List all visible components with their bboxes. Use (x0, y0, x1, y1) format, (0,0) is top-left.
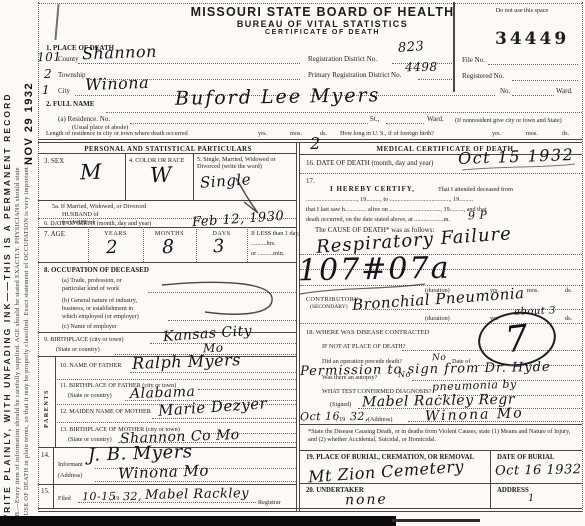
date-of-burial-value: Oct 16 1932 (495, 462, 582, 479)
cell-divider (193, 153, 194, 200)
dotted-line (130, 122, 368, 124)
undertaker-value: none (345, 492, 388, 509)
dotted-line (418, 78, 452, 80)
do-not-use-note: Do not use this space (468, 7, 576, 14)
registration-district-value: 823 (398, 39, 425, 56)
duration-label: (duration) (425, 315, 450, 322)
registrar-label: Registrar (258, 499, 281, 506)
dotted-line (488, 63, 578, 65)
column-divider (299, 142, 300, 511)
certify-line3: that I last saw h.............. alive on… (306, 206, 486, 213)
race-value: W (150, 163, 173, 188)
ds-label: ds. (562, 130, 569, 137)
date-of-death-label: 16. DATE OF DEATH (month, day and year) (306, 159, 433, 167)
margin-note-line1: N. B.—Every item of information should b… (14, 167, 21, 525)
informant-label: Informant (58, 461, 83, 468)
margin-number-2: 2 (44, 67, 52, 81)
form-right-border (582, 2, 584, 512)
date-of-birth-label: 6. DATE OF BIRTH (month, day and year) (44, 220, 151, 227)
margin-number-3: 1 (42, 83, 50, 97)
file-no-label: File No. (462, 56, 485, 64)
city-label: City (58, 87, 70, 95)
dotted-line (95, 480, 296, 482)
column-divider (296, 142, 297, 511)
pen-mark-artifact (54, 4, 59, 40)
ds-label: ds. (320, 130, 327, 137)
autopsy-value: No (398, 370, 411, 379)
marital-status-label: 5. Single, Married, Widowed or Divorced … (197, 156, 293, 170)
footnote: *State the Disease Causing Death, or in … (308, 428, 578, 443)
page-mark-handwritten: 2 (310, 134, 321, 153)
min-label: or ..........min. (251, 250, 284, 257)
full-name-value: Buford Lee Myers (175, 84, 381, 110)
nonresident-note: (If nonresident give city or town and St… (455, 117, 562, 124)
date-of-burial-label: DATE OF BURIAL (497, 454, 554, 462)
if-married-label: 5a. If Married, Widowed, or Divorced (52, 203, 146, 210)
full-name-label: 2. FULL NAME (46, 100, 94, 108)
occupation-b-label: (b) General nature of industry, (62, 297, 137, 304)
rule (38, 153, 296, 154)
mos-label: mos. (526, 130, 538, 137)
cell-divider (53, 447, 54, 508)
certificate-heading: CERTIFICATE OF DEATH (185, 29, 460, 36)
scan-artifact-bar (0, 516, 396, 526)
page-subtitle: BUREAU OF VITAL STATISTICS (185, 19, 460, 29)
date-of-death-value: Oct 15 1932 (458, 145, 575, 168)
signed-year-preprint: , 19 (336, 416, 345, 423)
dotted-rule (300, 172, 582, 174)
certificate-number: 34449 (495, 29, 585, 49)
page-title: MISSOURI STATE BOARD OF HEALTH (185, 5, 460, 19)
rule (300, 450, 582, 451)
circled-number-value: 7 (503, 317, 531, 361)
death-certificate-document: WRITE PLAINLY, WITH UNFADING INK——THIS I… (0, 0, 585, 526)
undertaker-address-value: 1 (528, 493, 535, 504)
occupation-c-label: (c) Name of employer (62, 323, 117, 330)
signed-date-value: Oct 16 (300, 410, 340, 424)
secondary-label: (SECONDARY) (310, 304, 348, 311)
ds-label: ds. (565, 315, 572, 322)
occupation-a-label: (a) Trade, profession, or (62, 277, 122, 284)
occupation-b3-label: which employed (or employer) (62, 313, 139, 320)
age-years-value: 2 (106, 237, 119, 258)
yrs-label: yrs. (492, 130, 501, 137)
mos-label: mos. (527, 287, 539, 294)
margin-warning-text: WRITE PLAINLY, WITH UNFADING INK——THIS I… (2, 92, 12, 523)
certify-line2: ................................., 19...… (306, 196, 473, 203)
marital-status-value: Single (199, 170, 251, 192)
registration-district-label: Registration District No. (308, 55, 377, 63)
foreign-birth-label: How long in U. S., if of foreign birth? (340, 130, 434, 137)
age-months-value: 8 (162, 236, 175, 258)
hereby-certify-label: I HEREBY CERTIFY, (330, 185, 415, 193)
county-value: Shannon (82, 42, 157, 64)
sex-label: 3. SEX (44, 157, 64, 165)
dotted-line (130, 371, 296, 373)
township-label: Township (58, 71, 86, 79)
city-value: Winona (85, 73, 150, 94)
age-label: 7. AGE (44, 230, 65, 238)
dotted-line (78, 501, 256, 503)
dotted-line (152, 417, 296, 419)
dotted-line (168, 319, 296, 321)
form-top-border (38, 2, 582, 4)
informant-number: 14. (41, 451, 50, 459)
filed-label: Filed (58, 495, 71, 502)
where-contracted-label: 18. Where was disease contracted (306, 329, 429, 337)
cause-code-value: 107#07a (298, 251, 451, 289)
form-left-border (38, 2, 40, 512)
signed-label: (Signed) (330, 401, 351, 408)
age-days-value: 3 (212, 236, 225, 258)
bottom-rule (38, 511, 582, 512)
undertaker-address-label: ADDRESS (497, 487, 529, 495)
dotted-line (78, 62, 300, 64)
primary-district-label: Primary Registration District No. (308, 71, 401, 79)
parents-cell-divider (55, 356, 56, 447)
rule (38, 262, 296, 263)
state-or-country-label: (State or country) (56, 346, 100, 353)
residence-ward-label: Ward. (427, 115, 444, 123)
rule (38, 200, 296, 201)
rule (300, 424, 582, 425)
where-contracted-sub-label: if not at place of death? (322, 343, 405, 350)
residence-label: (a) Residence. No. (58, 115, 110, 123)
certify-number: 17. (306, 177, 315, 185)
time-of-death-value: 9 P (468, 209, 488, 223)
ward-no-label: No. (500, 87, 510, 95)
dotted-rule (300, 284, 582, 286)
occupation-b2-label: business, or establishment in (62, 305, 133, 312)
occupation-a2-label: particular kind of work (62, 285, 119, 292)
birthplace-label: 9. BIRTHPLACE (city or town) (44, 336, 124, 343)
filed-number: 15. (41, 487, 50, 495)
dotted-line (148, 291, 296, 293)
state-or-country-label: (State or country) (68, 436, 112, 443)
occupation-label: 8. OCCUPATION OF DECEASED (44, 266, 149, 274)
dotted-line (512, 94, 554, 96)
residence-st-label: St., (370, 115, 379, 123)
scan-artifact-bar (392, 519, 480, 522)
dotted-rule (55, 421, 296, 423)
cell-divider (247, 227, 249, 262)
length-of-residence-label: Length of residence in city or town wher… (46, 130, 188, 137)
certify-line4: death occurred, on the date stated above… (306, 216, 450, 223)
rule (38, 227, 296, 228)
dotted-rule (55, 378, 296, 380)
parents-group-label: PARENTS (43, 389, 50, 428)
personal-section-title: PERSONAL AND STATISTICAL PARTICULARS (48, 145, 288, 153)
serial-box-divider (453, 2, 455, 92)
ward-label: Ward. (556, 87, 573, 95)
father-name-label: 10. NAME OF FATHER (60, 362, 121, 369)
sex-value: M (80, 160, 103, 185)
margin-note-line2: CAUSE OF DEATH in plain terms, so that i… (23, 165, 30, 525)
mos-label: mos. (290, 130, 302, 137)
autopsy-label: Was there an autopsy? (322, 374, 377, 381)
bottom-rule (38, 508, 582, 509)
hrs-label: ..........hrs. (251, 240, 276, 247)
received-date-stamp: NOV 29 1932 (23, 82, 35, 165)
certify-attended-label: That I attended deceased from (438, 186, 513, 193)
dotted-line (386, 122, 424, 124)
county-label: County (58, 55, 79, 63)
dotted-line (198, 388, 296, 390)
rule (38, 484, 296, 485)
dotted-line (106, 111, 582, 113)
address-label: (Address) (368, 416, 392, 423)
registered-no-label: Registered No. (462, 72, 504, 80)
dotted-line (408, 420, 582, 422)
yrs-label: yrs. (258, 130, 267, 137)
ds-label: ds. (565, 287, 572, 294)
dotted-line (512, 79, 578, 81)
signed-year-value: 32, (350, 410, 369, 423)
informant-address-label: (Address) (58, 472, 82, 479)
rule (300, 483, 582, 484)
primary-district-value: 4498 (405, 60, 438, 75)
less-than-day-label: If LESS than 1 day, (251, 230, 300, 237)
state-or-country-label: (State or country) (68, 392, 112, 399)
cell-divider (125, 153, 126, 200)
father-name-value: Ralph Myers (132, 350, 242, 373)
mother-maiden-name-label: 12. MAIDEN NAME OF MOTHER (60, 408, 151, 415)
cell-divider (490, 450, 491, 508)
